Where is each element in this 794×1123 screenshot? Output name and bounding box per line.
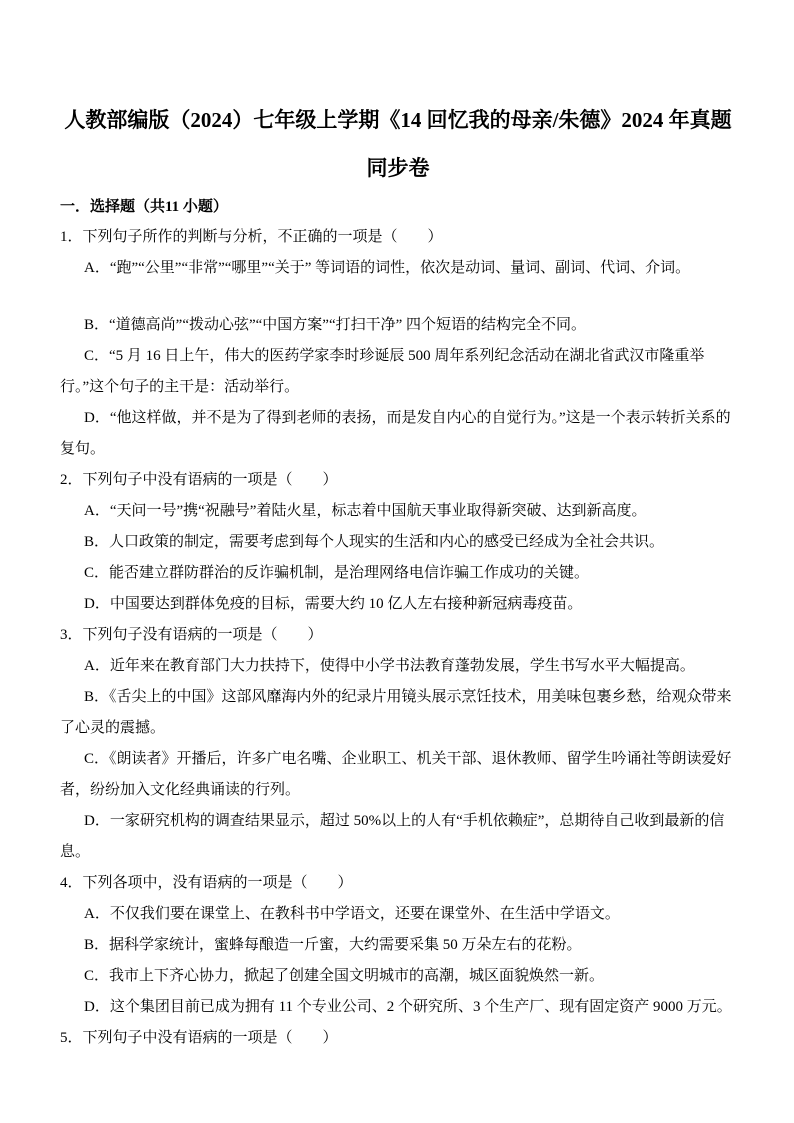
question-5-stem: 5．下列句子中没有语病的一项是（ ） xyxy=(60,1023,736,1054)
question-3-stem: 3．下列句子没有语病的一项是（ ） xyxy=(60,620,736,651)
question-2-option-d: D．中国要达到群体免疫的目标，需要大约 10 亿人左右接种新冠病毒疫苗。 xyxy=(60,589,736,620)
question-1-stem: 1．下列句子所作的判断与分析，不正确的一项是（ ） xyxy=(60,222,736,253)
question-2-option-c: C．能否建立群防群治的反诈骗机制，是治理网络电信诈骗工作成功的关键。 xyxy=(60,558,736,589)
question-4-stem: 4．下列各项中，没有语病的一项是（ ） xyxy=(60,868,736,899)
section-heading-choice-questions: 一．选择题（共11 小题） xyxy=(60,192,736,222)
question-3-option-b: B．《舌尖上的中国》这部风靡海内外的纪录片用镜头展示烹饪技术，用美味包裹乡愁，给… xyxy=(60,682,736,744)
question-4-option-d: D．这个集团目前已成为拥有 11 个专业公司、2 个研究所、3 个生产厂、现有固… xyxy=(60,992,736,1023)
page-title-line-2: 同步卷 xyxy=(60,144,736,192)
question-1-option-b: B．“道德高尚”“拨动心弦”“中国方案”“打扫干净” 四个短语的结构完全不同。 xyxy=(60,310,736,341)
question-2-option-b: B．人口政策的制定，需要考虑到每个人现实的生活和内心的感受已经成为全社会共识。 xyxy=(60,527,736,558)
question-4-option-b: B．据科学家统计，蜜蜂每酿造一斤蜜，大约需要采集 50 万朵左右的花粉。 xyxy=(60,930,736,961)
exam-page: 人教部编版（2024）七年级上学期《14 回忆我的母亲/朱德》2024 年真题 … xyxy=(0,0,794,1123)
question-4-option-c: C．我市上下齐心协力，掀起了创建全国文明城市的高潮，城区面貌焕然一新。 xyxy=(60,961,736,992)
question-3-option-a: A．近年来在教育部门大力扶持下，使得中小学书法教育蓬勃发展，学生书写水平大幅提高… xyxy=(60,651,736,682)
question-1-option-d: D．“他这样做，并不是为了得到老师的表扬，而是发自内心的自觉行为。”这是一个表示… xyxy=(60,403,736,465)
question-1-option-c: C．“5 月 16 日上午，伟大的医药学家李时珍诞辰 500 周年系列纪念活动在… xyxy=(60,341,736,403)
question-1: 1．下列句子所作的判断与分析，不正确的一项是（ ） A．“跑”“公里”“非常”“… xyxy=(60,222,736,465)
question-5: 5．下列句子中没有语病的一项是（ ） xyxy=(60,1023,736,1054)
question-2-option-a: A．“天问一号”携“祝融号”着陆火星，标志着中国航天事业取得新突破、达到新高度。 xyxy=(60,496,736,527)
question-3-option-c: C．《朗读者》开播后，许多广电名嘴、企业职工、机关干部、退休教师、留学生吟诵社等… xyxy=(60,744,736,806)
question-2-stem: 2．下列句子中没有语病的一项是（ ） xyxy=(60,465,736,496)
question-4: 4．下列各项中，没有语病的一项是（ ） A．不仅我们要在课堂上、在教科书中学语文… xyxy=(60,868,736,1023)
question-1-option-a: A．“跑”“公里”“非常”“哪里”“关于” 等词语的词性，依次是动词、量词、副词… xyxy=(60,253,736,284)
page-title: 人教部编版（2024）七年级上学期《14 回忆我的母亲/朱德》2024 年真题 … xyxy=(60,96,736,192)
page-title-line-1: 人教部编版（2024）七年级上学期《14 回忆我的母亲/朱德》2024 年真题 xyxy=(60,96,736,144)
question-3: 3．下列句子没有语病的一项是（ ） A．近年来在教育部门大力扶持下，使得中小学书… xyxy=(60,620,736,868)
question-2: 2．下列句子中没有语病的一项是（ ） A．“天问一号”携“祝融号”着陆火星，标志… xyxy=(60,465,736,620)
question-4-option-a: A．不仅我们要在课堂上、在教科书中学语文，还要在课堂外、在生活中学语文。 xyxy=(60,899,736,930)
question-3-option-d: D．一家研究机构的调查结果显示，超过 50%以上的人有“手机依赖症”，总期待自己… xyxy=(60,806,736,868)
